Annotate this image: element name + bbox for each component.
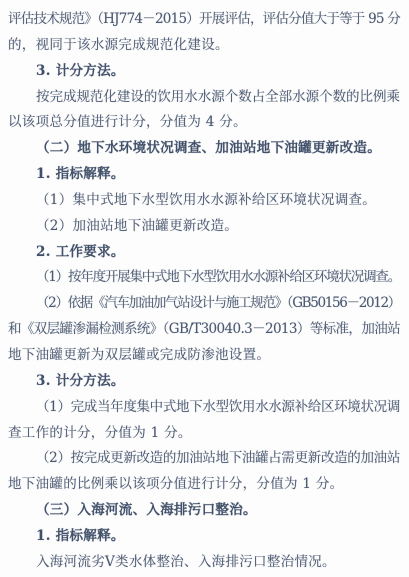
body-text-line: （2）依据《汽车加油加气站设计与施工规范》（GB50156－2012） <box>8 291 400 317</box>
body-text-line: （1）按年度开展集中式地下水型饮用水水源补给区环境状况调查。 <box>8 265 400 291</box>
body-text-line: 评估技术规范》（HJ774－2015）开展评估，评估分值大于等于 95 分 <box>8 7 400 33</box>
section-heading-sea-outfall: （三）入海河流、入海排污口整治。 <box>8 498 400 524</box>
section-heading-groundwater: （二）地下水环境状况调查、加油站地下油罐更新改造。 <box>8 136 400 162</box>
heading-scoring-method: 3. 计分方法。 <box>8 59 400 85</box>
heading-indicator-explanation: 1. 指标解释。 <box>8 524 400 550</box>
body-text-line: 的，视同于该水源完成规范化建设。 <box>8 33 400 59</box>
document-page: 评估技术规范》（HJ774－2015）开展评估，评估分值大于等于 95 分 的，… <box>0 0 409 577</box>
body-text-line: 按完成规范化建设的饮用水水源个数占全部水源个数的比例乘 <box>8 85 400 111</box>
body-text-line: 入海河流劣Ⅴ类水体整治、入海排污口整治情况。 <box>8 550 400 576</box>
body-text-line: （2）按完成更新改造的加油站地下油罐占需更新改造的加油站 <box>8 446 400 472</box>
body-text-line: 地下油罐的比例乘以该项分值进行计分，分值为 1 分。 <box>8 472 400 498</box>
body-text-line: 地下油罐更新为双层罐或完成防渗池设置。 <box>8 343 400 369</box>
body-text-line: 查工作的计分，分值为 1 分。 <box>8 421 400 447</box>
heading-scoring-method: 3. 计分方法。 <box>8 369 400 395</box>
body-text-line: 和《双层罐渗漏检测系统》（GB/T30040.3－2013）等标准，加油站 <box>8 317 400 343</box>
body-text-line: （1）集中式地下水型饮用水水源补给区环境状况调查。 <box>8 188 400 214</box>
body-text-line: （2）加油站地下油罐更新改造。 <box>8 214 400 240</box>
heading-indicator-explanation: 1. 指标解释。 <box>8 162 400 188</box>
body-text-line: （1）完成当年度集中式地下水型饮用水水源补给区环境状况调 <box>8 395 400 421</box>
heading-work-requirements: 2. 工作要求。 <box>8 240 400 266</box>
body-text-line: 以该项总分值进行计分，分值为 4 分。 <box>8 110 400 136</box>
